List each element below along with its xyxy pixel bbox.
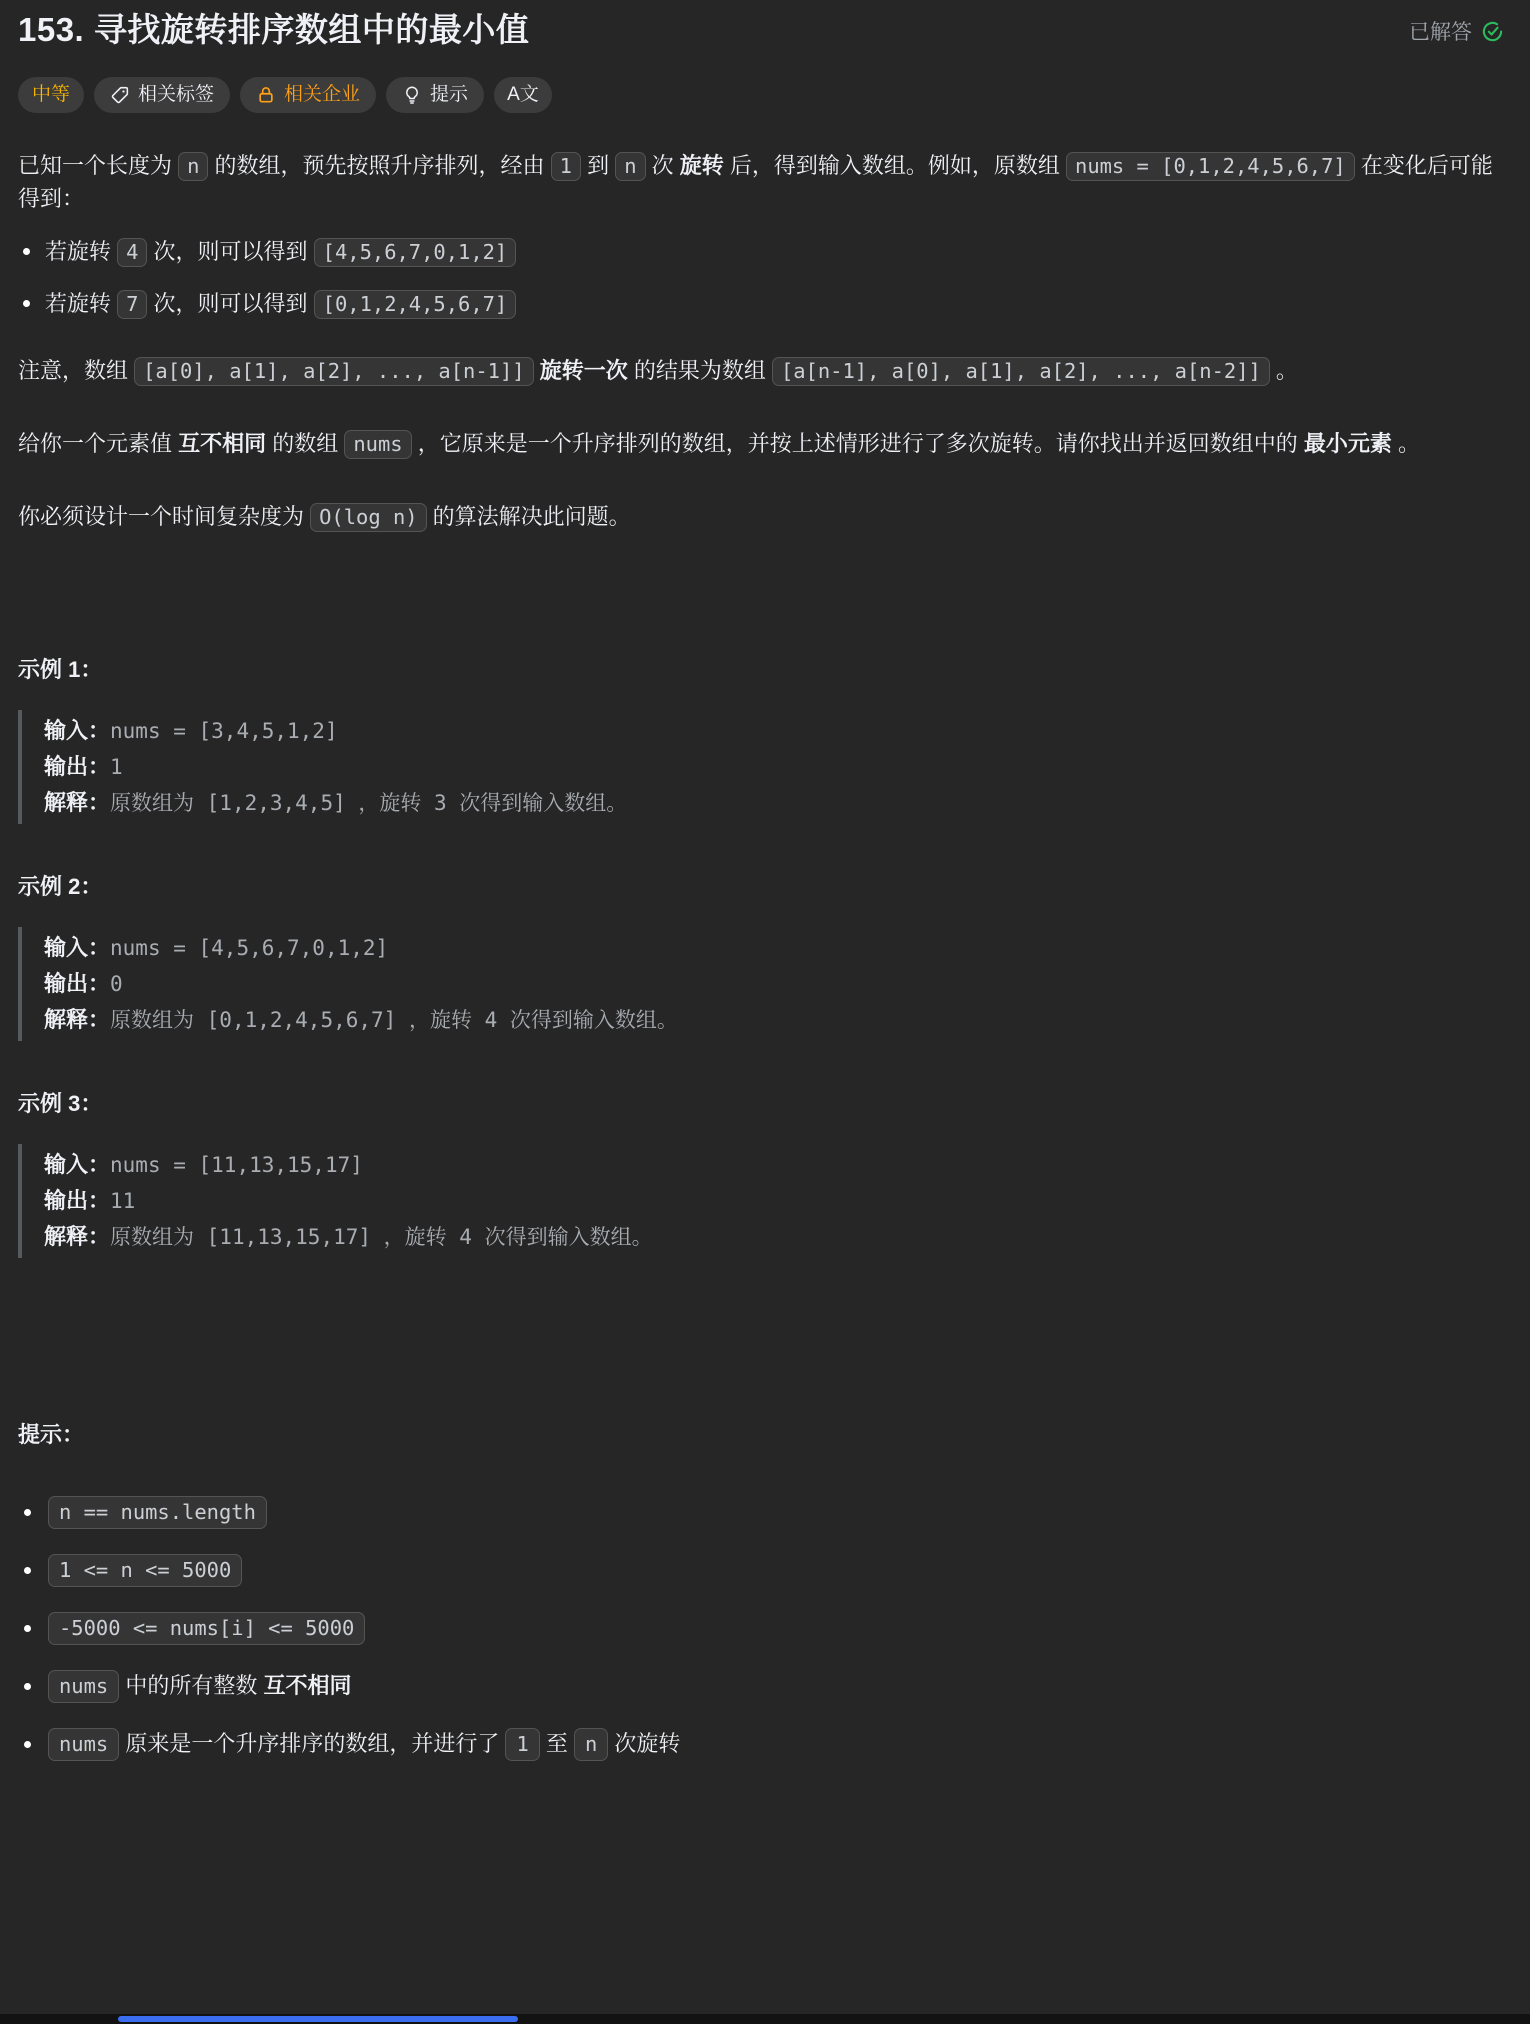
constraints-heading: 提示： <box>18 1418 1504 1451</box>
example-io-label: 输出： <box>44 1188 110 1213</box>
solved-status: 已解答 <box>1409 16 1504 46</box>
list-item: 若旋转 4 次，则可以得到 [4,5,6,7,0,1,2] <box>18 235 1504 268</box>
description-paragraph: 注意，数组 [a[0], a[1], a[2], ..., a[n-1]] 旋转… <box>18 354 1504 387</box>
example-io-label: 输入： <box>44 1152 110 1177</box>
description-paragraph: 已知一个长度为 n 的数组，预先按照升序排列，经由 1 到 n 次 旋转 后，得… <box>18 149 1504 215</box>
related-tags-button[interactable]: 相关标签 <box>94 77 230 113</box>
example-io-value: 11 <box>110 1189 135 1213</box>
example-io-label: 解释： <box>44 1007 110 1032</box>
problem-title: 153. 寻找旋转排序数组中的最小值 <box>18 10 529 50</box>
example-io-value: 1 <box>110 755 123 779</box>
hint-label: 提示 <box>430 84 468 106</box>
description-paragraph: 给你一个元素值 互不相同 的数组 nums ，它原来是一个升序排列的数组，并按上… <box>18 427 1504 460</box>
related-companies-button[interactable]: 相关企业 <box>240 77 376 113</box>
example-block: 输入：nums = [11,13,15,17]输出：11解释：原数组为 [11,… <box>18 1144 1504 1258</box>
badge-row: 中等 相关标签 相关企业 提示 A文 <box>18 77 1504 113</box>
list-item: nums 中的所有整数 互不相同 <box>18 1669 1504 1703</box>
example-io-line: 解释：原数组为 [11,13,15,17] ，旋转 4 次得到输入数组。 <box>44 1219 1504 1255</box>
example-io-line: 输入：nums = [11,13,15,17] <box>44 1147 1504 1183</box>
example-io-line: 输入：nums = [3,4,5,1,2] <box>44 713 1504 749</box>
example-io-label: 输入： <box>44 718 110 743</box>
constraints-list: n == nums.length 1 <= n <= 5000 -5000 <=… <box>18 1495 1504 1761</box>
example-io-label: 解释： <box>44 790 110 815</box>
example-io-label: 解释： <box>44 1224 110 1249</box>
related-companies-label: 相关企业 <box>284 84 360 106</box>
example-io-line: 解释：原数组为 [1,2,3,4,5] ，旋转 3 次得到输入数组。 <box>44 785 1504 821</box>
horizontal-scrollbar <box>0 2014 1530 2024</box>
example-io-value: 原数组为 [0,1,2,4,5,6,7] ，旋转 4 次得到输入数组。 <box>110 1008 678 1032</box>
hint-button[interactable]: 提示 <box>386 77 484 113</box>
list-item: n == nums.length <box>18 1495 1504 1529</box>
example-io-line: 输出：11 <box>44 1183 1504 1219</box>
list-item: nums 原来是一个升序排序的数组，并进行了 1 至 n 次旋转 <box>18 1727 1504 1761</box>
scrollbar-thumb[interactable] <box>118 2016 518 2022</box>
example-io-line: 解释：原数组为 [0,1,2,4,5,6,7] ，旋转 4 次得到输入数组。 <box>44 1002 1504 1038</box>
example-io-value: nums = [3,4,5,1,2] <box>110 719 338 743</box>
problem-header: 153. 寻找旋转排序数组中的最小值 已解答 <box>18 10 1504 50</box>
tag-icon <box>110 85 130 105</box>
list-item: 若旋转 7 次，则可以得到 [0,1,2,4,5,6,7] <box>18 287 1504 320</box>
example-io-label: 输出： <box>44 971 110 996</box>
related-tags-label: 相关标签 <box>138 84 214 106</box>
example-block: 输入：nums = [4,5,6,7,0,1,2]输出：0解释：原数组为 [0,… <box>18 927 1504 1041</box>
difficulty-label: 中等 <box>32 84 70 106</box>
list-item: 1 <= n <= 5000 <box>18 1553 1504 1587</box>
translate-icon: A文 <box>507 84 539 106</box>
example-io-label: 输出： <box>44 754 110 779</box>
example-io-line: 输入：nums = [4,5,6,7,0,1,2] <box>44 930 1504 966</box>
lightbulb-icon <box>402 85 422 105</box>
example-io-value: nums = [4,5,6,7,0,1,2] <box>110 936 388 960</box>
problem-description: 已知一个长度为 n 的数组，预先按照升序排列，经由 1 到 n 次 旋转 后，得… <box>18 149 1504 1761</box>
difficulty-badge[interactable]: 中等 <box>18 77 84 113</box>
example-heading: 示例 3： <box>18 1087 1504 1120</box>
example-io-value: 0 <box>110 972 123 996</box>
list-item: -5000 <= nums[i] <= 5000 <box>18 1611 1504 1645</box>
example-io-value: 原数组为 [11,13,15,17] ，旋转 4 次得到输入数组。 <box>110 1225 653 1249</box>
example-io-line: 输出：1 <box>44 749 1504 785</box>
examples-section: 示例 1： 输入：nums = [3,4,5,1,2]输出：1解释：原数组为 [… <box>18 653 1504 1258</box>
rotation-example-list: 若旋转 4 次，则可以得到 [4,5,6,7,0,1,2] 若旋转 7 次，则可… <box>18 235 1504 320</box>
example-io-label: 输入： <box>44 935 110 960</box>
example-io-value: nums = [11,13,15,17] <box>110 1153 363 1177</box>
lock-icon <box>256 85 276 105</box>
example-block: 输入：nums = [3,4,5,1,2]输出：1解释：原数组为 [1,2,3,… <box>18 710 1504 824</box>
example-heading: 示例 1： <box>18 653 1504 686</box>
solved-check-icon <box>1481 20 1504 43</box>
example-heading: 示例 2： <box>18 870 1504 903</box>
constraints-section: 提示： n == nums.length 1 <= n <= 5000 -500… <box>18 1418 1504 1761</box>
solved-label: 已解答 <box>1409 16 1472 46</box>
translate-button[interactable]: A文 <box>494 77 552 113</box>
problem-page: 153. 寻找旋转排序数组中的最小值 已解答 中等 相关标签 相关企业 <box>0 0 1530 1845</box>
description-paragraph: 你必须设计一个时间复杂度为 O(log n) 的算法解决此问题。 <box>18 500 1504 533</box>
example-io-value: 原数组为 [1,2,3,4,5] ，旋转 3 次得到输入数组。 <box>110 791 627 815</box>
example-io-line: 输出：0 <box>44 966 1504 1002</box>
